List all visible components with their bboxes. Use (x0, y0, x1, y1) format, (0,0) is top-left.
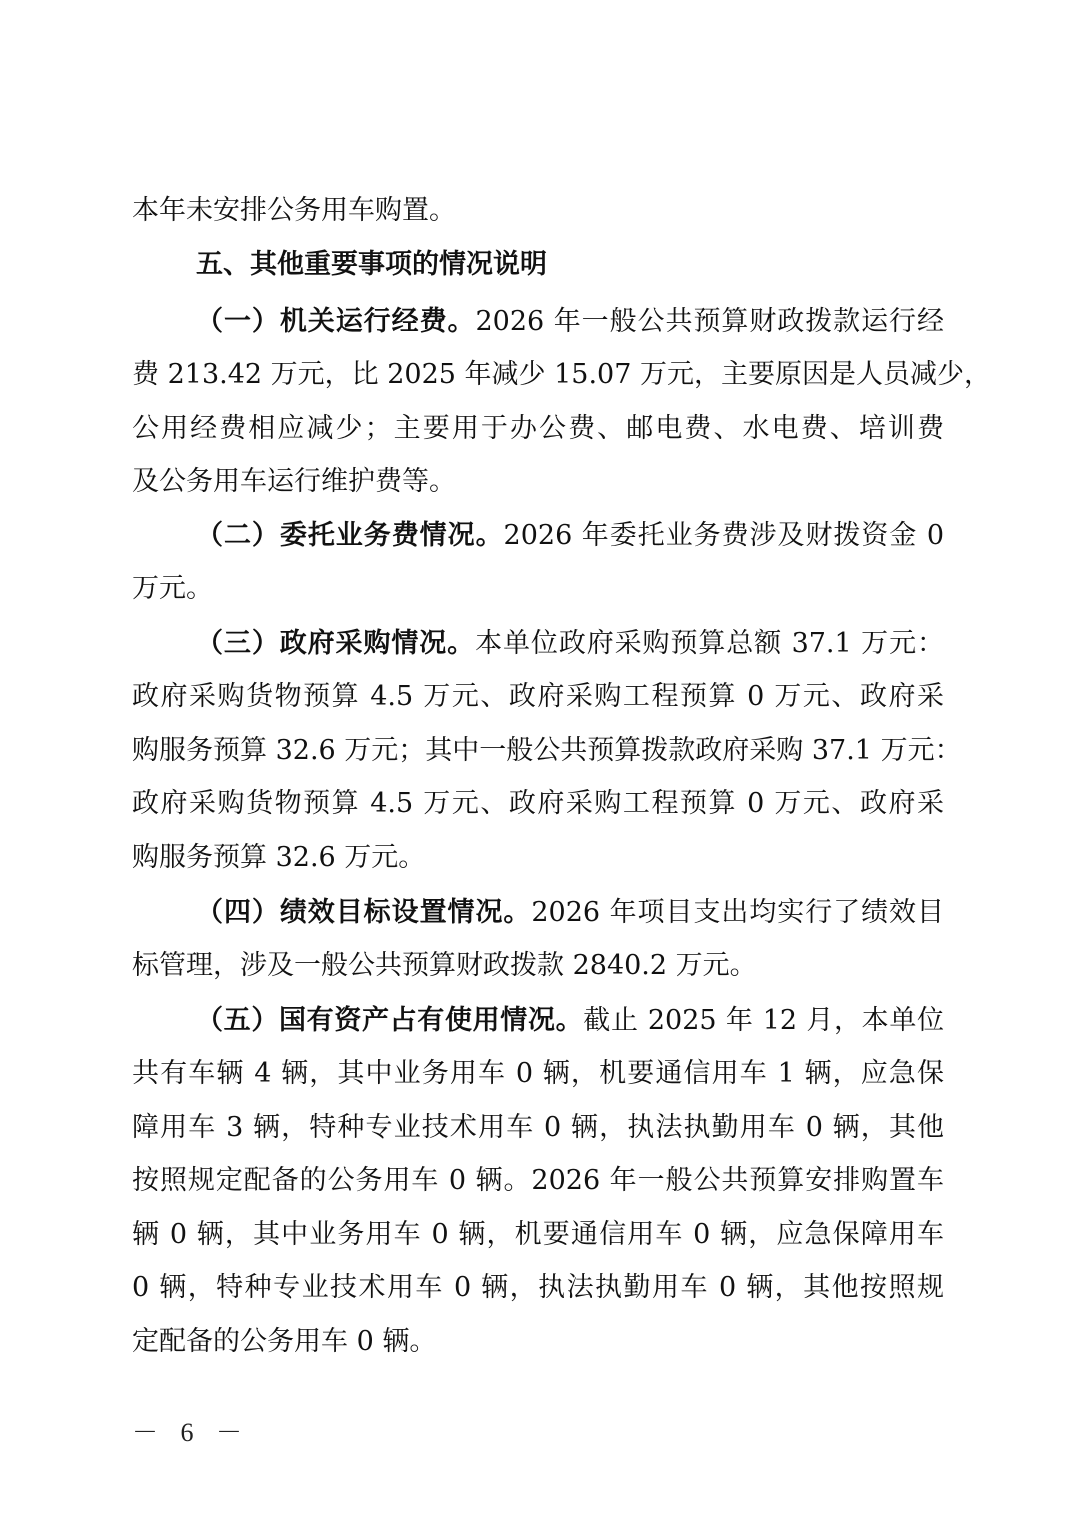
paragraph-line: 辆 0 辆，其中业务用车 0 辆，机要通信用车 0 辆，应急保障用车 (132, 1215, 944, 1255)
page-number: － 6 － (132, 1412, 250, 1449)
paragraph-line: 及公务用车运行维护费等。 (132, 462, 944, 502)
line-text: 2026 年项目支出均实行了绩效目 (531, 897, 944, 928)
line-text: 0 辆，特种专业技术用车 0 辆，执法执勤用车 0 辆，其他按照规 (132, 1272, 944, 1303)
paragraph-line: 费 213.42 万元，比 2025 年减少 15.07 万元，主要原因是人员减… (132, 355, 944, 395)
line-text: 定配备的公务用车 0 辆。 (132, 1326, 436, 1357)
subheading-text: （二）委托业务费情况。 (196, 520, 504, 551)
document-page: 本年未安排公务用车购置。 五、其他重要事项的情况说明 （一）机关运行经费。202… (0, 0, 1074, 1520)
paragraph-line: 政府采购货物预算 4.5 万元、政府采购工程预算 0 万元、政府采 (132, 784, 944, 824)
line-text: 政府采购货物预算 4.5 万元、政府采购工程预算 0 万元、政府采 (132, 681, 944, 712)
line-text: 障用车 3 辆，特种专业技术用车 0 辆，执法执勤用车 0 辆，其他 (132, 1112, 944, 1143)
line-text: 及公务用车运行维护费等。 (132, 466, 456, 497)
line-text: 本单位政府采购预算总额 37.1 万元： (475, 628, 944, 659)
heading-text: 五、其他重要事项的情况说明 (196, 249, 547, 280)
subheading-text: （三）政府采购情况。 (196, 628, 475, 659)
subheading-text: （一）机关运行经费。 (196, 306, 475, 337)
paragraph-line: （一）机关运行经费。2026 年一般公共预算财政拨款运行经 (196, 302, 944, 342)
paragraph-line: 本年未安排公务用车购置。 (132, 191, 944, 231)
paragraph-line: 万元。 (132, 569, 944, 609)
paragraph-line: 标管理，涉及一般公共预算财政拨款 2840.2 万元。 (132, 946, 944, 986)
paragraph-line: （二）委托业务费情况。2026 年委托业务费涉及财拨资金 0 (196, 516, 944, 556)
paragraph-line: 公用经费相应减少；主要用于办公费、邮电费、水电费、培训费 (132, 409, 944, 449)
paragraph-line: （三）政府采购情况。本单位政府采购预算总额 37.1 万元： (196, 624, 944, 664)
line-text: 公用经费相应减少；主要用于办公费、邮电费、水电费、培训费 (132, 413, 944, 444)
paragraph-line: （四）绩效目标设置情况。2026 年项目支出均实行了绩效目 (196, 893, 944, 933)
subheading-text: （五）国有资产占有使用情况。 (196, 1005, 583, 1036)
line-text: 截止 2025 年 12 月，本单位 (583, 1005, 944, 1036)
paragraph-line: 购服务预算 32.6 万元。 (132, 838, 944, 878)
paragraph-line: 政府采购货物预算 4.5 万元、政府采购工程预算 0 万元、政府采 (132, 677, 944, 717)
paragraph-line: 购服务预算 32.6 万元；其中一般公共预算拨款政府采购 37.1 万元： (132, 731, 944, 771)
line-text: 标管理，涉及一般公共预算财政拨款 2840.2 万元。 (132, 950, 757, 981)
line-text: 政府采购货物预算 4.5 万元、政府采购工程预算 0 万元、政府采 (132, 788, 944, 819)
line-text: 万元。 (132, 573, 213, 604)
line-text: 购服务预算 32.6 万元。 (132, 842, 425, 873)
paragraph-line: 0 辆，特种专业技术用车 0 辆，执法执勤用车 0 辆，其他按照规 (132, 1268, 944, 1308)
paragraph-line: （五）国有资产占有使用情况。截止 2025 年 12 月，本单位 (196, 1001, 944, 1041)
line-text: 按照规定配备的公务用车 0 辆。2026 年一般公共预算安排购置车 (132, 1165, 944, 1196)
paragraph-line: 共有车辆 4 辆，其中业务用车 0 辆，机要通信用车 1 辆，应急保 (132, 1054, 944, 1094)
line-text: 2026 年一般公共预算财政拨款运行经 (475, 306, 944, 337)
section-heading: 五、其他重要事项的情况说明 (196, 245, 944, 285)
line-text: 2026 年委托业务费涉及财拨资金 0 (504, 520, 944, 551)
paragraph-line: 按照规定配备的公务用车 0 辆。2026 年一般公共预算安排购置车 (132, 1161, 944, 1201)
line-text: 费 213.42 万元，比 2025 年减少 15.07 万元，主要原因是人员减… (132, 359, 991, 390)
line-text: 购服务预算 32.6 万元；其中一般公共预算拨款政府采购 37.1 万元： (132, 735, 962, 766)
paragraph-line: 障用车 3 辆，特种专业技术用车 0 辆，执法执勤用车 0 辆，其他 (132, 1108, 944, 1148)
line-text: 本年未安排公务用车购置。 (132, 195, 456, 226)
subheading-text: （四）绩效目标设置情况。 (196, 897, 531, 928)
line-text: 辆 0 辆，其中业务用车 0 辆，机要通信用车 0 辆，应急保障用车 (132, 1219, 944, 1250)
line-text: 共有车辆 4 辆，其中业务用车 0 辆，机要通信用车 1 辆，应急保 (132, 1058, 944, 1089)
paragraph-line: 定配备的公务用车 0 辆。 (132, 1322, 944, 1362)
